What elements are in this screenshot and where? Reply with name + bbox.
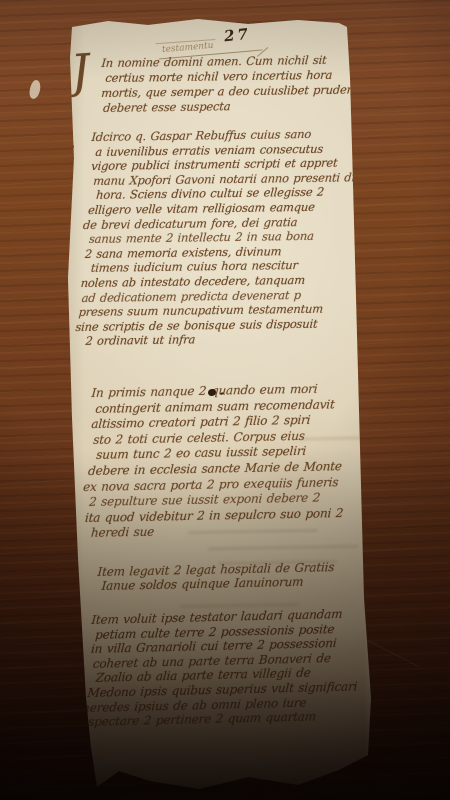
paragraph-legacy: Item legavit 2 legat hospitali de Gratii… [96, 560, 335, 593]
drop-cap-initial: J [69, 47, 91, 94]
paper-shred [28, 79, 42, 100]
manuscript-line: deberet esse suspecta [103, 97, 367, 116]
paragraph-testator: Idcirco q. Gaspar Rebuffus cuius sano a … [76, 126, 365, 349]
manuscript-line: 2 ordinavit ut infra [85, 330, 350, 348]
paragraph-land: Item voluit ipse testator laudari quanda… [83, 606, 364, 729]
ink-showthrough [300, 436, 360, 440]
photo-of-manuscript: 27 testamentu J In nomine domini amen. C… [0, 0, 450, 800]
ink-showthrough [208, 545, 358, 551]
manuscript-page: 27 testamentu J In nomine domini amen. C… [58, 18, 376, 798]
ink-speck [71, 145, 74, 148]
paragraph-burial: In primis nanque 2 quando eum mori conti… [81, 381, 352, 542]
ink-showthrough [180, 603, 300, 608]
paragraph-invocation: In nomine domini amen. Cum nichil sit ce… [98, 52, 371, 116]
